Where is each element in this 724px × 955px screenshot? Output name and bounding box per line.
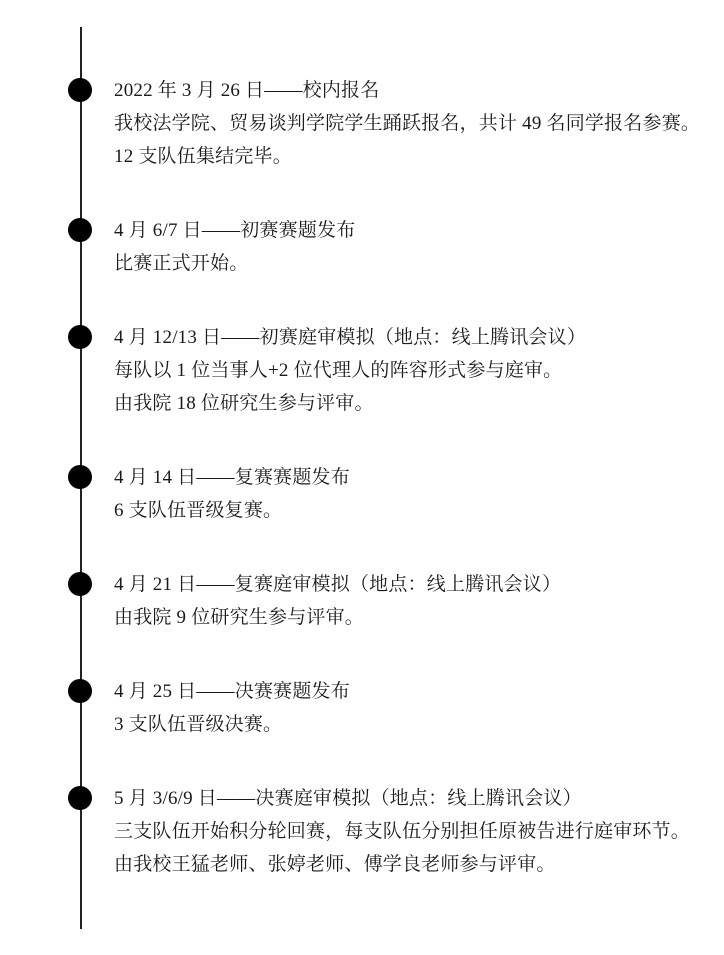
timeline-dot-icon <box>68 679 92 703</box>
entry-body-line: 由我校王猛老师、张婷老师、傅学良老师参与评审。 <box>114 848 706 881</box>
entry-body-line: 每队以 1 位当事人+2 位代理人的阵容形式参与庭审。 <box>114 354 706 387</box>
entry-body-line: 12 支队伍集结完毕。 <box>114 140 706 173</box>
entry-body-line: 比赛正式开始。 <box>114 247 706 280</box>
entry-body-line: 3 支队伍晋级决赛。 <box>114 708 706 741</box>
entry-title: 5 月 3/6/9 日——决赛庭审模拟（地点：线上腾讯会议） <box>114 782 706 815</box>
timeline-entries: 2022 年 3 月 26 日——校内报名 我校法学院、贸易谈判学院学生踊跃报名… <box>114 74 706 922</box>
timeline-dot-icon <box>68 78 92 102</box>
entry-body-line: 6 支队伍晋级复赛。 <box>114 494 706 527</box>
timeline-entry: 4 月 21 日——复赛庭审模拟（地点：线上腾讯会议） 由我院 9 位研究生参与… <box>114 568 706 634</box>
timeline-entry: 4 月 25 日——决赛赛题发布 3 支队伍晋级决赛。 <box>114 675 706 741</box>
timeline-entry: 2022 年 3 月 26 日——校内报名 我校法学院、贸易谈判学院学生踊跃报名… <box>114 74 706 173</box>
timeline-dot-icon <box>68 465 92 489</box>
timeline-entry: 5 月 3/6/9 日——决赛庭审模拟（地点：线上腾讯会议） 三支队伍开始积分轮… <box>114 782 706 881</box>
entry-title: 4 月 6/7 日——初赛赛题发布 <box>114 214 706 247</box>
entry-title: 4 月 14 日——复赛赛题发布 <box>114 461 706 494</box>
entry-body-line: 我校法学院、贸易谈判学院学生踊跃报名，共计 49 名同学报名参赛。 <box>114 107 706 140</box>
timeline-dot-icon <box>68 218 92 242</box>
timeline-entry: 4 月 12/13 日——初赛庭审模拟（地点：线上腾讯会议） 每队以 1 位当事… <box>114 321 706 420</box>
entry-title: 4 月 12/13 日——初赛庭审模拟（地点：线上腾讯会议） <box>114 321 706 354</box>
entry-body-line: 三支队伍开始积分轮回赛，每支队伍分别担任原被告进行庭审环节。 <box>114 815 706 848</box>
entry-body-line: 由我院 18 位研究生参与评审。 <box>114 387 706 420</box>
entry-body-line: 由我院 9 位研究生参与评审。 <box>114 601 706 634</box>
timeline-dot-icon <box>68 786 92 810</box>
timeline-entry: 4 月 14 日——复赛赛题发布 6 支队伍晋级复赛。 <box>114 461 706 527</box>
timeline-entry: 4 月 6/7 日——初赛赛题发布 比赛正式开始。 <box>114 214 706 280</box>
timeline-page: 2022 年 3 月 26 日——校内报名 我校法学院、贸易谈判学院学生踊跃报名… <box>0 0 724 955</box>
entry-title: 4 月 21 日——复赛庭审模拟（地点：线上腾讯会议） <box>114 568 706 601</box>
timeline-dot-icon <box>68 325 92 349</box>
entry-title: 2022 年 3 月 26 日——校内报名 <box>114 74 706 107</box>
timeline-dot-icon <box>68 572 92 596</box>
entry-title: 4 月 25 日——决赛赛题发布 <box>114 675 706 708</box>
